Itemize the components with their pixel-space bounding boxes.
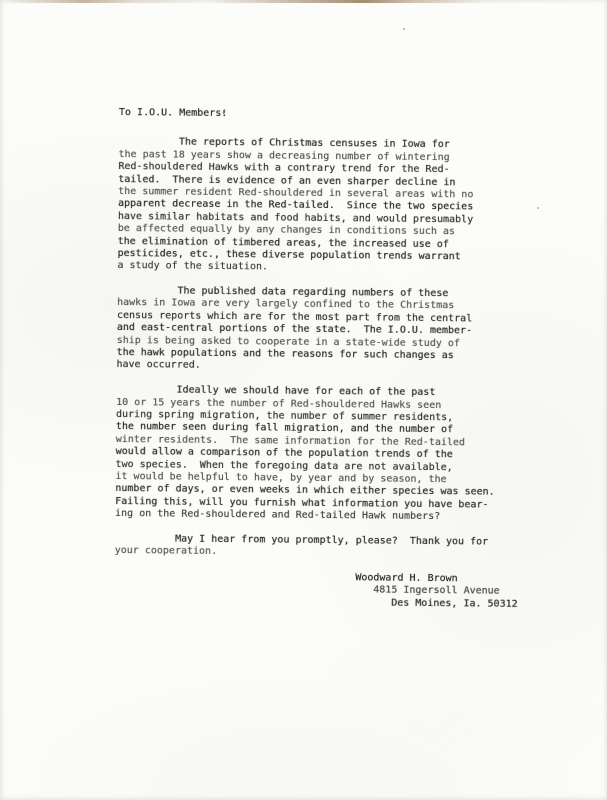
salutation: To I.O.U. Members:	[119, 107, 549, 124]
signature-block: Woodward H. Brown 4815 Ingersoll Avenue …	[114, 570, 544, 611]
paragraph-4: May I hear from you promptly, please? Th…	[115, 533, 545, 562]
letter-body: To I.O.U. Members: The reports of Christ…	[114, 107, 549, 611]
scanned-letter-page: To I.O.U. Members: The reports of Christ…	[0, 0, 607, 800]
scan-speck	[537, 207, 539, 209]
paragraph-1: The reports of Christmas censuses in Iow…	[117, 136, 548, 276]
paragraph-3: Ideally we should have for each of the p…	[115, 384, 546, 524]
scan-top-edge-strip	[0, 0, 607, 3]
paragraph-2: The published data regarding numbers of …	[116, 285, 547, 376]
scan-speck	[403, 28, 405, 30]
